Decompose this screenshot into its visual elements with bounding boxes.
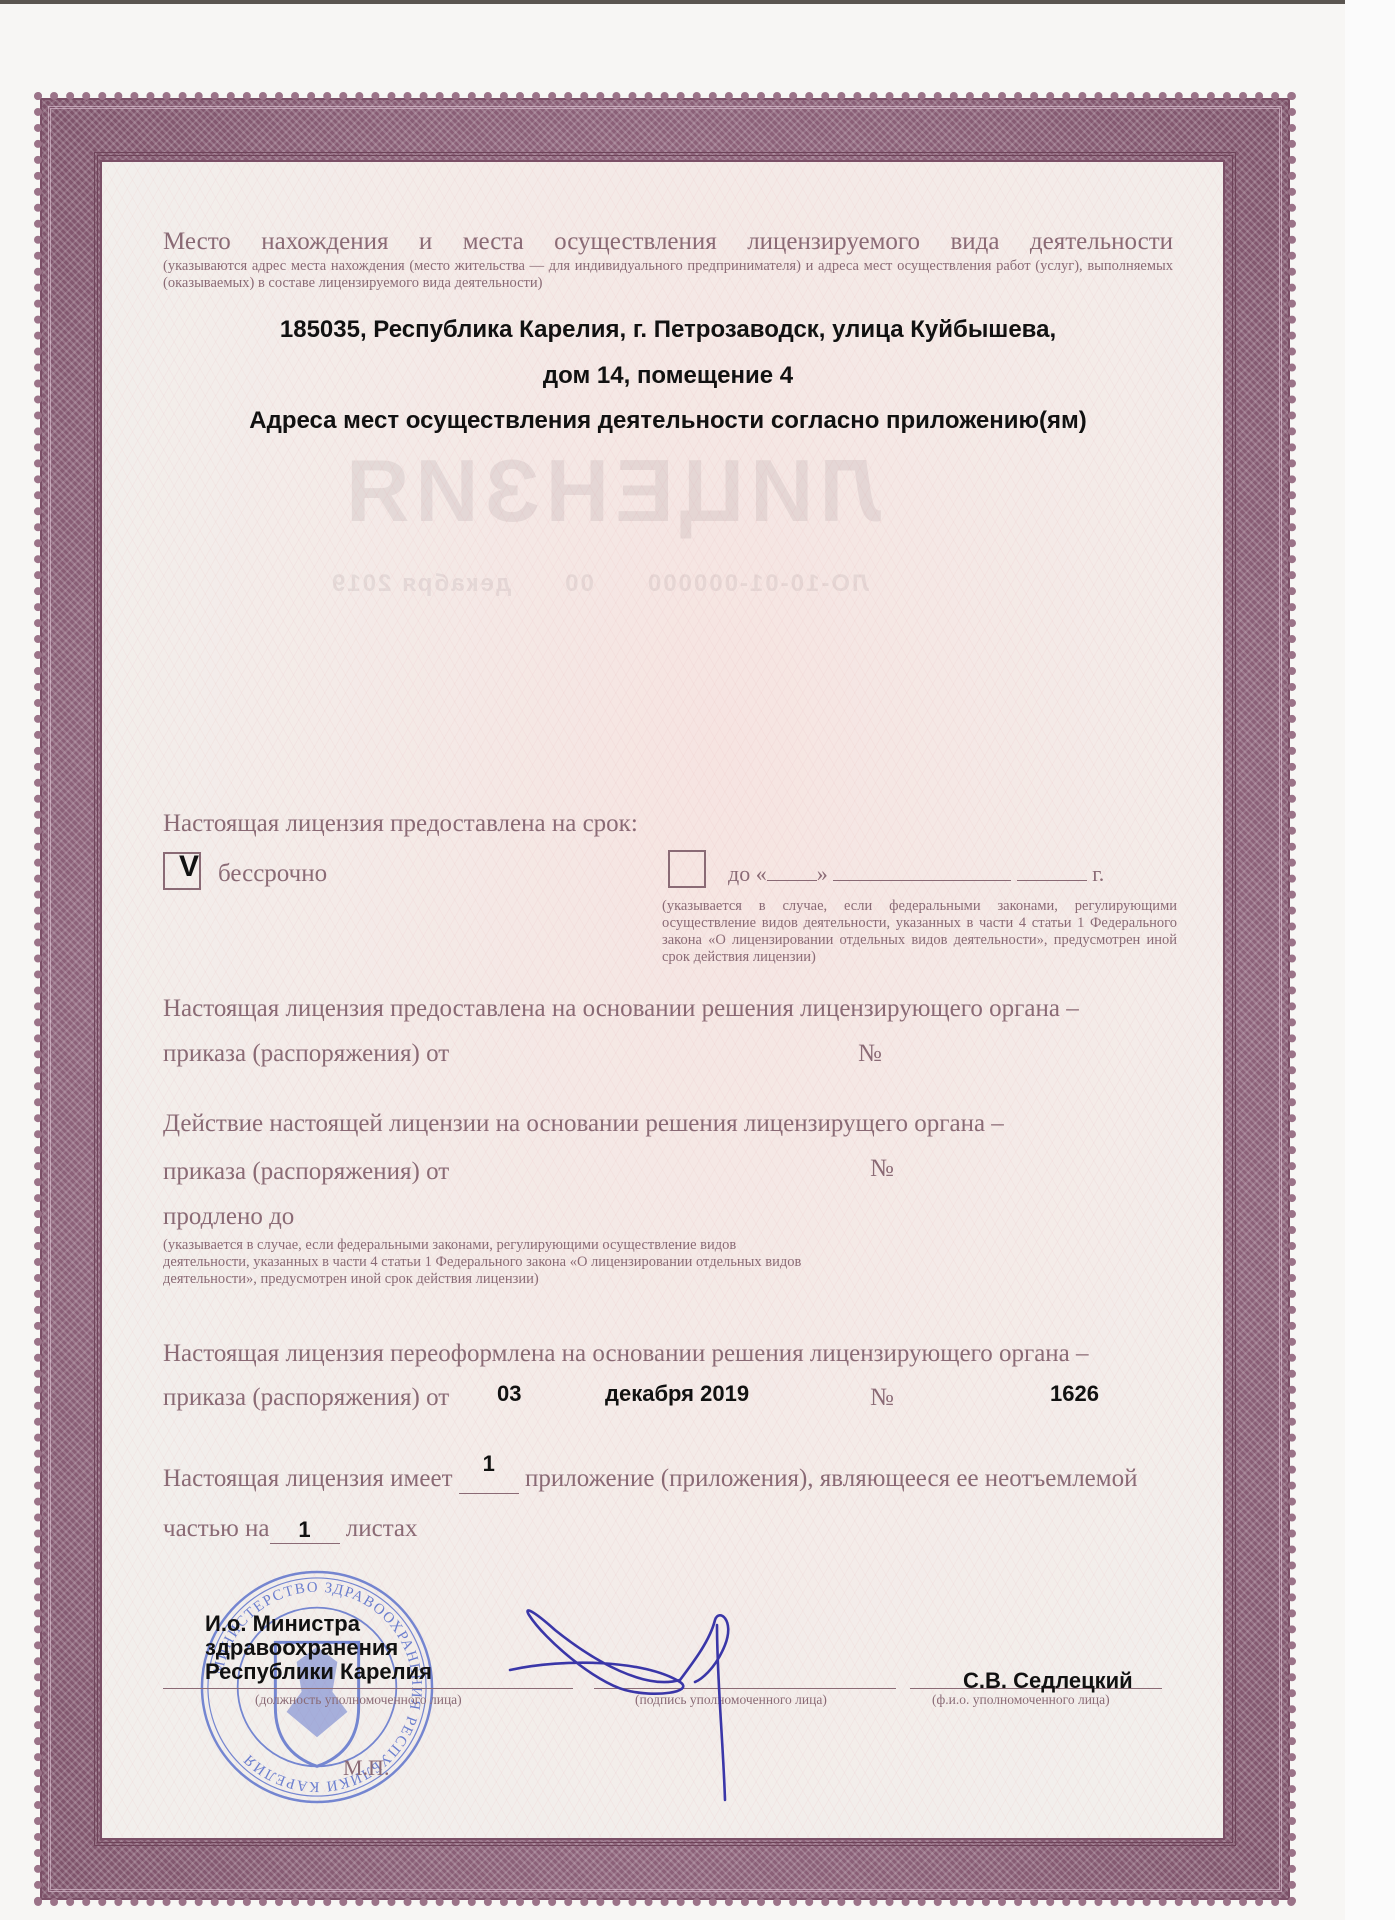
granted-line-1: Настоящая лицензия предоставлена на осно… xyxy=(163,995,1079,1023)
granted-line-2: приказа (распоряжения) от xyxy=(163,1040,449,1068)
reissued-number-sign: № xyxy=(870,1384,894,1412)
reissued-day: 03 xyxy=(497,1381,521,1407)
position-line-3: Республики Карелия xyxy=(205,1660,432,1684)
until-mid: » xyxy=(817,861,828,886)
location-heading: Место нахождения и места осуществления л… xyxy=(163,228,1173,256)
extended-line-2: приказа (распоряжения) от xyxy=(163,1158,449,1186)
location-note: (указываются адрес места нахождения (мес… xyxy=(163,258,1173,292)
checkmark-icon: V xyxy=(179,850,199,884)
until-date-note: (указывается в случае, если федеральными… xyxy=(662,898,1177,966)
signatory-position: И.о. Министра здравоохранения Республики… xyxy=(205,1612,432,1684)
appendix-line-2: частью на1 листах xyxy=(163,1515,418,1544)
granted-number-sign: № xyxy=(858,1040,882,1068)
scan-margin xyxy=(1345,0,1395,1920)
seal-label: М.П. xyxy=(343,1755,389,1781)
until-date-field: до «» г. xyxy=(728,860,1104,887)
official-stamp-icon: МИНИСТЕРСТВО ЗДРАВООХРАНЕНИЯ РЕСПУБЛИКИ … xyxy=(198,1568,436,1806)
appendix-prefix: Настоящая лицензия имеет xyxy=(163,1465,453,1492)
extended-line-1: Действие настоящей лицензии на основании… xyxy=(163,1110,1004,1138)
appendix-sheets-blank: 1 xyxy=(270,1515,340,1544)
appendix-line2-prefix: частью на xyxy=(163,1515,270,1542)
address-line-2: дом 14, помещение 4 xyxy=(163,362,1173,390)
appendix-line2-suffix: листах xyxy=(346,1515,418,1542)
reissued-month-year: декабря 2019 xyxy=(605,1381,749,1407)
until-month-blank xyxy=(833,860,1011,881)
extended-number-sign: № xyxy=(870,1155,894,1183)
reissued-line-2: приказа (распоряжения) от xyxy=(163,1384,449,1412)
address-line-1: 185035, Республика Карелия, г. Петрозаво… xyxy=(163,316,1173,344)
position-caption: (должность уполномоченного лица) xyxy=(255,1692,462,1708)
until-day-blank xyxy=(767,860,817,881)
reissued-line-1: Настоящая лицензия переоформлена на осно… xyxy=(163,1340,1089,1368)
appendix-sheets: 1 xyxy=(270,1517,340,1543)
appendix-count: 1 xyxy=(459,1451,519,1477)
reissued-number: 1626 xyxy=(1050,1381,1099,1407)
extended-until: продлено до xyxy=(163,1203,294,1231)
appendix-line-1: Настоящая лицензия имеет 1 приложение (п… xyxy=(163,1465,1137,1494)
handwritten-signature-icon xyxy=(505,1600,785,1805)
address-line-3: Адреса мест осуществления деятельности с… xyxy=(163,407,1173,435)
name-caption: (ф.и.о. уполномоченного лица) xyxy=(932,1692,1110,1708)
term-label: Настоящая лицензия предоставлена на срок… xyxy=(163,810,638,838)
checkbox-indefinite[interactable]: V xyxy=(163,852,201,890)
appendix-count-blank: 1 xyxy=(459,1465,519,1494)
checkbox-until-date[interactable] xyxy=(668,850,706,888)
extended-note: (указывается в случае, если федеральными… xyxy=(163,1237,813,1288)
until-year-blank xyxy=(1017,860,1087,881)
indefinite-label: бессрочно xyxy=(218,860,327,888)
signatory-name: С.В. Седлецкий xyxy=(963,1668,1133,1694)
appendix-middle: приложение (приложения), являющееся ее н… xyxy=(525,1465,1137,1492)
position-line-2: здравоохранения xyxy=(205,1636,432,1660)
until-suffix: г. xyxy=(1092,861,1104,886)
position-line-1: И.о. Министра xyxy=(205,1612,432,1636)
until-prefix: до « xyxy=(728,861,767,886)
